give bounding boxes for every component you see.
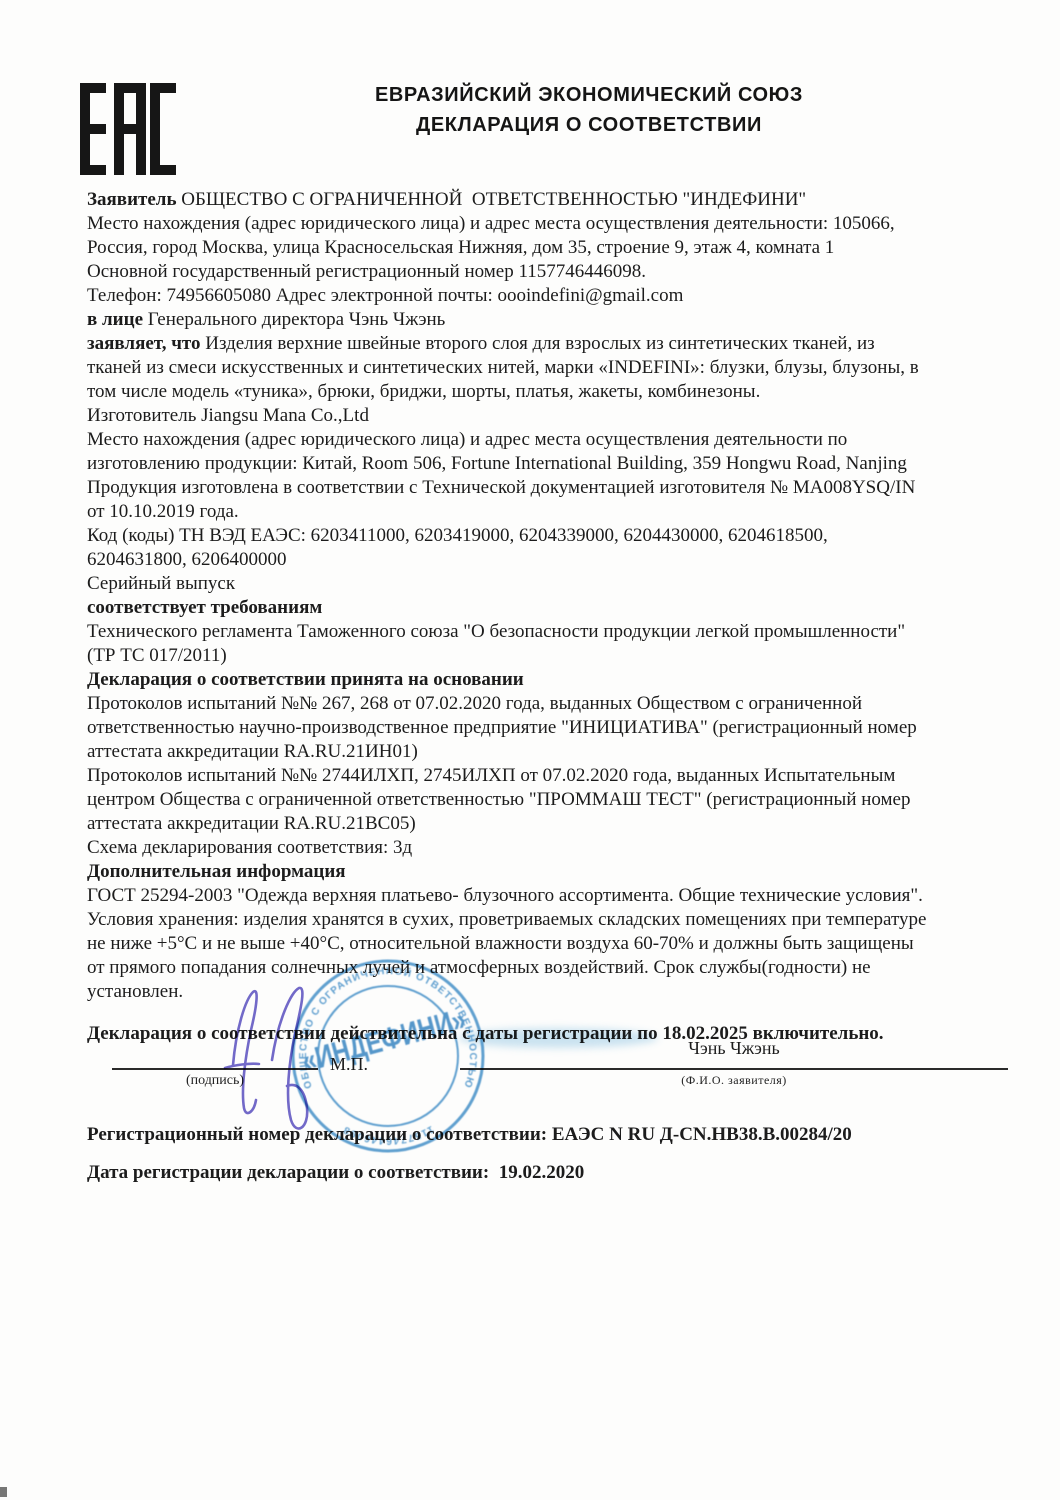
applicant-name-caption: (Ф.И.О. заявителя) [460, 1073, 1008, 1088]
paragraph: Дополнительная информация [87, 860, 1002, 884]
signature-section: (подпись) М.П. Чэнь Чжэнь (Ф.И.О. заявит… [87, 1040, 1008, 1114]
paragraph: Заявитель ОБЩЕСТВО С ОГРАНИЧЕННОЙ ОТВЕТС… [87, 188, 1002, 212]
scan-artifact [0, 1487, 7, 1497]
registration-section: Регистрационный номер декларации о соотв… [87, 1114, 1008, 1184]
stamp-place-label: М.П. [330, 1054, 368, 1075]
paragraph: Место нахождения (адрес юридического лиц… [87, 428, 1002, 524]
registration-date-line: Дата регистрации декларации о соответств… [87, 1162, 1008, 1184]
paragraph: ГОСТ 25294-2003 "Одежда верхняя платьево… [87, 884, 1002, 1004]
paragraph: в лице Генерального директора Чэнь Чжэнь [87, 308, 1002, 332]
paragraph: Изготовитель Jiangsu Mana Co.,Ltd [87, 404, 1002, 428]
paragraph: Протоколов испытаний №№ 267, 268 от 07.0… [87, 692, 1002, 764]
declaration-document: ЕВРАЗИЙСКИЙ ЭКОНОМИЧЕСКИЙ СОЮЗ ДЕКЛАРАЦИ… [0, 0, 1060, 1500]
paragraph: Технического регламента Таможенного союз… [87, 620, 1002, 668]
title-union: ЕВРАЗИЙСКИЙ ЭКОНОМИЧЕСКИЙ СОЮЗ [118, 84, 1060, 107]
paragraph: заявляет, что Изделия верхние швейные вт… [87, 332, 1002, 404]
paragraph: Место нахождения (адрес юридического лиц… [87, 212, 1002, 284]
registration-number-line: Регистрационный номер декларации о соотв… [87, 1124, 1008, 1146]
page-title: ЕВРАЗИЙСКИЙ ЭКОНОМИЧЕСКИЙ СОЮЗ ДЕКЛАРАЦИ… [0, 84, 1060, 137]
paragraph: Серийный выпуск [87, 572, 1002, 596]
paragraph: Код (коды) ТН ВЭД ЕАЭС: 6203411000, 6203… [87, 524, 1002, 572]
applicant-name: Чэнь Чжэнь [460, 1038, 1008, 1059]
paragraph: Схема декларирования соответствия: 3д [87, 836, 1002, 860]
title-declaration: ДЕКЛАРАЦИЯ О СООТВЕТСТВИИ [118, 114, 1060, 137]
paragraph: Телефон: 74956605080 Адрес электронной п… [87, 284, 1002, 308]
declaration-body: Заявитель ОБЩЕСТВО С ОГРАНИЧЕННОЙ ОТВЕТС… [87, 188, 1002, 1046]
signature-caption: (подпись) [112, 1073, 318, 1089]
signature-line [112, 1068, 318, 1070]
paragraph: Протоколов испытаний №№ 2744ИЛХП, 2745ИЛ… [87, 764, 1002, 836]
paragraph: соответствует требованиям [87, 596, 1002, 620]
applicant-name-line [460, 1068, 1008, 1070]
paragraph: Декларация о соответствии принята на осн… [87, 668, 1002, 692]
